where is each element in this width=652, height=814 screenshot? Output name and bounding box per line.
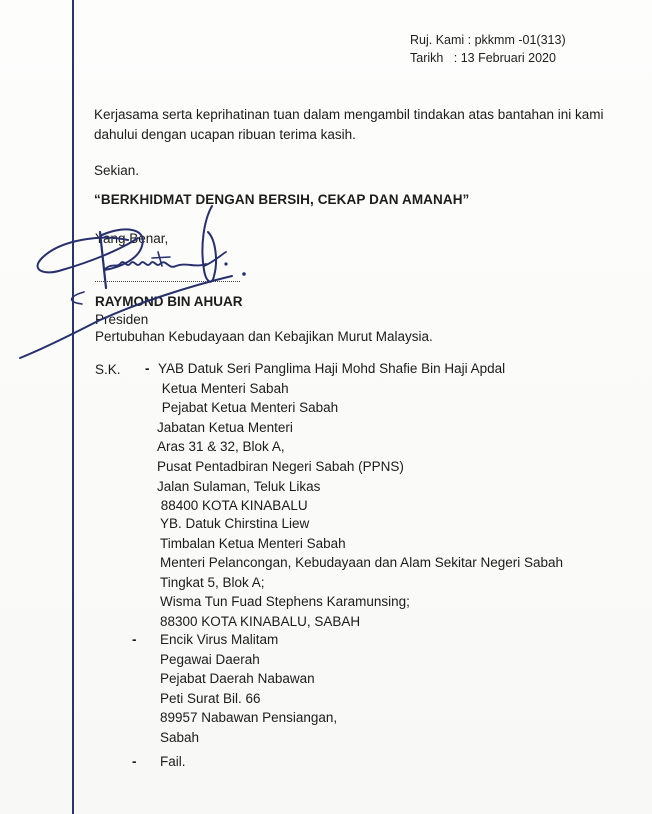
- copies-label: S.K.: [95, 362, 121, 377]
- closing-paragraph: Kerjasama serta keprihatinan tuan dalam …: [94, 105, 634, 145]
- signatory-name: RAYMOND BIN AHUAR: [95, 294, 243, 309]
- recipient-line: YAB Datuk Seri Panglima Haji Mohd Shafie…: [158, 359, 505, 379]
- recipient-line: YB. Datuk Chirstina Liew: [160, 514, 563, 534]
- signatory-title: Presiden: [95, 312, 148, 327]
- reference-block: Ruj. Kami : pkkmm -01(313) Tarikh : 13 F…: [410, 31, 566, 67]
- recipient-line: Jalan Sulaman, Teluk Likas: [157, 477, 505, 497]
- recipient-line: Ketua Menteri Sabah: [158, 379, 505, 399]
- date-label: Tarikh: [410, 51, 443, 65]
- recipient-line: Encik Virus Malitam: [160, 630, 337, 650]
- recipient-line: Sabah: [160, 728, 337, 748]
- closing-word: Sekian.: [94, 163, 139, 178]
- recipient-bullet: -: [132, 632, 137, 647]
- recipient-line: Peti Surat Bil. 66: [160, 689, 337, 709]
- recipient-line: Pusat Pentadbiran Negeri Sabah (PPNS): [157, 457, 505, 477]
- recipient-line: Pejabat Ketua Menteri Sabah: [158, 398, 505, 418]
- recipient-line: Timbalan Ketua Menteri Sabah: [160, 534, 563, 554]
- recipient-line: Pegawai Daerah: [160, 650, 337, 670]
- signature-dotted-line: [95, 281, 240, 282]
- recipient-address: YAB Datuk Seri Panglima Haji Mohd Shafie…: [158, 359, 505, 516]
- reference-value: pkkmm -01(313): [475, 33, 566, 47]
- recipient-address: Encik Virus MalitamPegawai DaerahPejabat…: [160, 630, 337, 748]
- reference-number: Ruj. Kami : pkkmm -01(313): [410, 31, 566, 49]
- sign-off-greeting: Yang Benar,: [95, 231, 168, 246]
- recipient-line: 88400 KOTA KINABALU: [157, 496, 505, 516]
- motto: “BERKHIDMAT DENGAN BERSIH, CEKAP DAN AMA…: [94, 192, 469, 207]
- recipient-bullet: -: [132, 754, 137, 769]
- recipient-line: Jabatan Ketua Menteri: [157, 418, 505, 438]
- recipient-address: YB. Datuk Chirstina LiewTimbalan Ketua M…: [160, 514, 563, 632]
- recipient-address: Fail.: [160, 752, 186, 772]
- recipient-line: Menteri Pelancongan, Kebudayaan dan Alam…: [160, 553, 563, 573]
- recipient-line: Aras 31 & 32, Blok A,: [157, 437, 505, 457]
- recipient-line: Pejabat Daerah Nabawan: [160, 669, 337, 689]
- reference-label: Ruj. Kami: [410, 33, 464, 47]
- letter-page: Ruj. Kami : pkkmm -01(313) Tarikh : 13 F…: [0, 0, 652, 814]
- recipient-line: Wisma Tun Fuad Stephens Karamunsing;: [160, 592, 563, 612]
- recipient-line: Fail.: [160, 752, 186, 772]
- margin-line: [72, 0, 74, 814]
- recipient-line: 88300 KOTA KINABALU, SABAH: [160, 612, 563, 632]
- recipient-bullet: -: [145, 361, 150, 376]
- signatory-organization: Pertubuhan Kebudayaan dan Kebajikan Muru…: [95, 329, 433, 344]
- recipient-line: 89957 Nabawan Pensiangan,: [160, 708, 337, 728]
- reference-date: Tarikh : 13 Februari 2020: [410, 49, 566, 67]
- recipient-line: Tingkat 5, Blok A;: [160, 573, 563, 593]
- date-value: 13 Februari 2020: [461, 51, 556, 65]
